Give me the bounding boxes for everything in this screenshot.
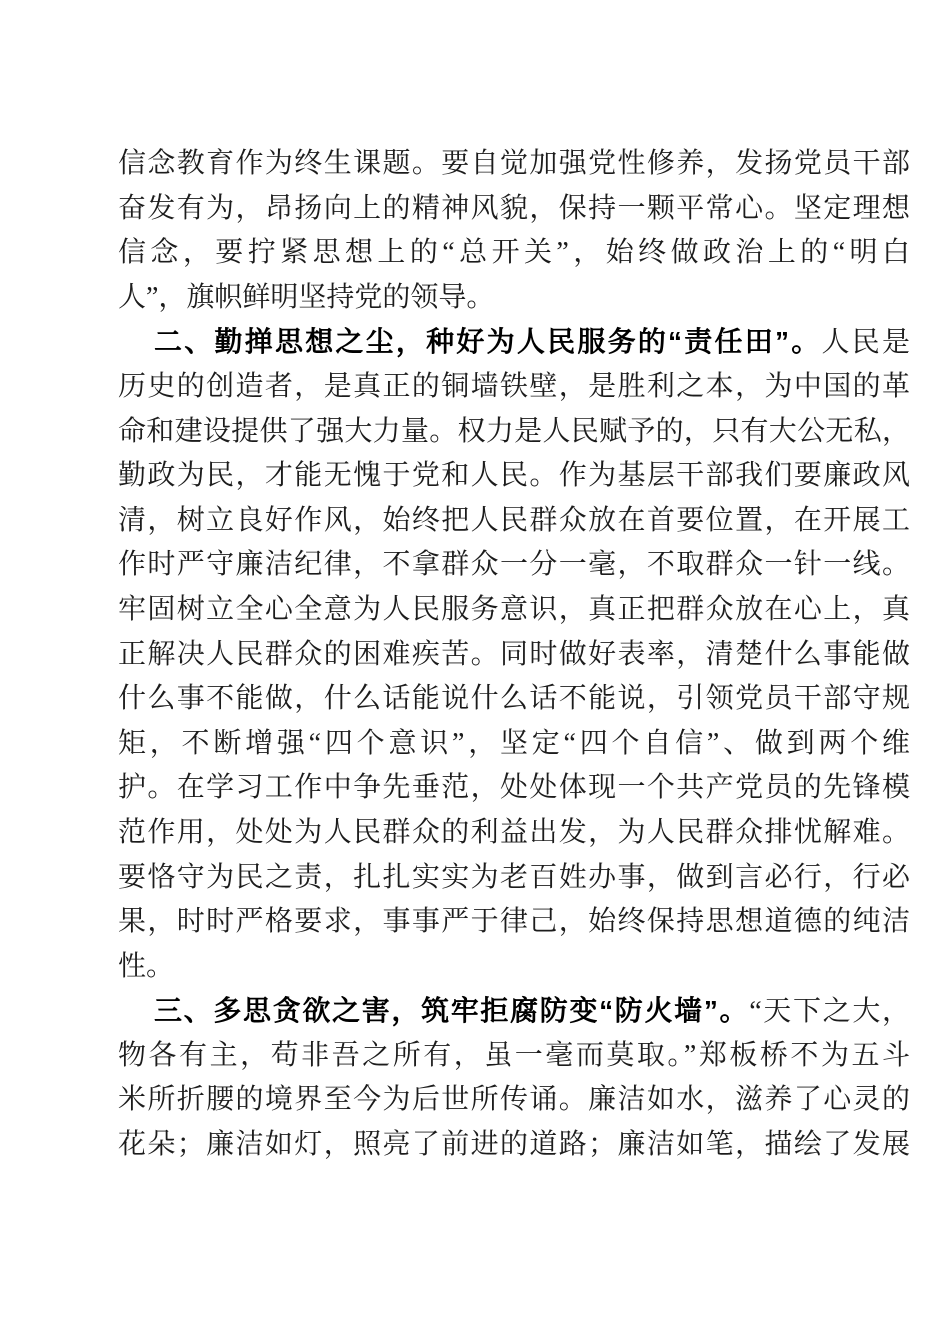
paragraph-body-continuation: 信念教育作为终生课题。要自觉加强党性修养，发扬党员干部奋发有为，昂扬向上的精神风… <box>118 142 910 320</box>
text-line: 物各有主，苟非吾之所有，虽一毫而莫取。”郑板桥不为五斗 <box>118 1034 910 1079</box>
body-text: 清，树立良好作风，始终把人民群众放在首要位置，在开展工 <box>118 505 910 536</box>
body-text: 历史的创造者，是真正的铜墙铁壁，是胜利之本，为中国的革 <box>118 371 910 402</box>
text-line: 勤政为民，才能无愧于党和人民。作为基层干部我们要廉政风 <box>118 454 910 499</box>
body-text: “天下之大， <box>749 996 910 1027</box>
text-line: 范作用，处处为人民群众的利益出发，为人民群众排忧解难。 <box>118 811 910 856</box>
text-line: 信念，要拧紧思想上的“总开关”，始终做政治上的“明白 <box>118 231 910 276</box>
body-text: 奋发有为，昂扬向上的精神风貌，保持一颗平常心。坚定理想 <box>118 193 910 224</box>
body-text: 花朵；廉洁如灯，照亮了前进的道路；廉洁如笔，描绘了发展 <box>118 1129 910 1160</box>
text-line: 要恪守为民之责，扎扎实实为老百姓办事，做到言必行，行必 <box>118 856 910 901</box>
body-text: 信念，要拧紧思想上的“总开关”，始终做政治上的“明白 <box>118 237 910 268</box>
text-line: 牢固树立全心全意为人民服务意识，真正把群众放在心上，真 <box>118 588 910 633</box>
body-text: 什么事不能做，什么话能说什么话不能说，引领党员干部守规 <box>118 683 910 714</box>
text-line: 米所折腰的境界至今为后世所传诵。廉洁如水，滋养了心灵的 <box>118 1078 910 1123</box>
text-line: 奋发有为，昂扬向上的精神风貌，保持一颗平常心。坚定理想 <box>118 187 910 232</box>
body-text: 性。 <box>118 951 174 982</box>
body-text: 矩，不断增强“四个意识”，坚定“四个自信”、做到两个维 <box>118 728 910 759</box>
body-text: 范作用，处处为人民群众的利益出发，为人民群众排忧解难。 <box>118 817 910 848</box>
paragraph-section-three: 三、多思贪欲之害，筑牢拒腐防变“防火墙”。“天下之大，物各有主，苟非吾之所有，虽… <box>118 989 910 1167</box>
text-line: 信念教育作为终生课题。要自觉加强党性修养，发扬党员干部 <box>118 142 910 187</box>
text-line: 三、多思贪欲之害，筑牢拒腐防变“防火墙”。“天下之大， <box>118 989 910 1034</box>
text-line: 人”，旗帜鲜明坚持党的领导。 <box>118 276 910 321</box>
text-line: 二、勤掸思想之尘，种好为人民服务的“责任田”。人民是 <box>118 320 910 365</box>
text-line: 作时严守廉洁纪律，不拿群众一分一毫，不取群众一针一线。 <box>118 543 910 588</box>
document-body: 信念教育作为终生课题。要自觉加强党性修养，发扬党员干部奋发有为，昂扬向上的精神风… <box>118 142 910 1168</box>
body-text: 牢固树立全心全意为人民服务意识，真正把群众放在心上，真 <box>118 594 910 625</box>
body-text: 要恪守为民之责，扎扎实实为老百姓办事，做到言必行，行必 <box>118 862 910 893</box>
text-line: 性。 <box>118 945 910 990</box>
text-line: 正解决人民群众的困难疾苦。同时做好表率，清楚什么事能做 <box>118 633 910 678</box>
text-line: 矩，不断增强“四个意识”，坚定“四个自信”、做到两个维 <box>118 722 910 767</box>
text-line: 清，树立良好作风，始终把人民群众放在首要位置，在开展工 <box>118 499 910 544</box>
text-line: 命和建设提供了强大力量。权力是人民赋予的，只有大公无私， <box>118 410 910 455</box>
text-line: 历史的创造者，是真正的铜墙铁壁，是胜利之本，为中国的革 <box>118 365 910 410</box>
body-text: 命和建设提供了强大力量。权力是人民赋予的，只有大公无私， <box>118 416 910 447</box>
body-text: 人”，旗帜鲜明坚持党的领导。 <box>118 282 494 313</box>
body-text: 果，时时严格要求，事事严于律己，始终保持思想道德的纯洁 <box>118 906 910 937</box>
section-heading-text: 二、勤掸思想之尘，种好为人民服务的“责任田”。 <box>154 326 822 357</box>
body-text: 护。在学习工作中争先垂范，处处体现一个共产党员的先锋模 <box>118 772 910 803</box>
text-line: 果，时时严格要求，事事严于律己，始终保持思想道德的纯洁 <box>118 900 910 945</box>
text-line: 花朵；廉洁如灯，照亮了前进的道路；廉洁如笔，描绘了发展 <box>118 1123 910 1168</box>
text-line: 护。在学习工作中争先垂范，处处体现一个共产党员的先锋模 <box>118 766 910 811</box>
section-heading-text: 三、多思贪欲之害，筑牢拒腐防变“防火墙”。 <box>154 995 749 1026</box>
body-text: 正解决人民群众的困难疾苦。同时做好表率，清楚什么事能做 <box>118 639 910 670</box>
body-text: 米所折腰的境界至今为后世所传诵。廉洁如水，滋养了心灵的 <box>118 1084 910 1115</box>
body-text: 作时严守廉洁纪律，不拿群众一分一毫，不取群众一针一线。 <box>118 549 910 580</box>
document-page: 信念教育作为终生课题。要自觉加强党性修养，发扬党员干部奋发有为，昂扬向上的精神风… <box>0 0 950 1344</box>
text-line: 什么事不能做，什么话能说什么话不能说，引领党员干部守规 <box>118 677 910 722</box>
body-text: 物各有主，苟非吾之所有，虽一毫而莫取。”郑板桥不为五斗 <box>118 1040 910 1071</box>
body-text: 人民是 <box>822 327 910 358</box>
body-text: 信念教育作为终生课题。要自觉加强党性修养，发扬党员干部 <box>118 148 910 179</box>
body-text: 勤政为民，才能无愧于党和人民。作为基层干部我们要廉政风 <box>118 460 910 491</box>
paragraph-section-two: 二、勤掸思想之尘，种好为人民服务的“责任田”。人民是历史的创造者，是真正的铜墙铁… <box>118 320 910 989</box>
